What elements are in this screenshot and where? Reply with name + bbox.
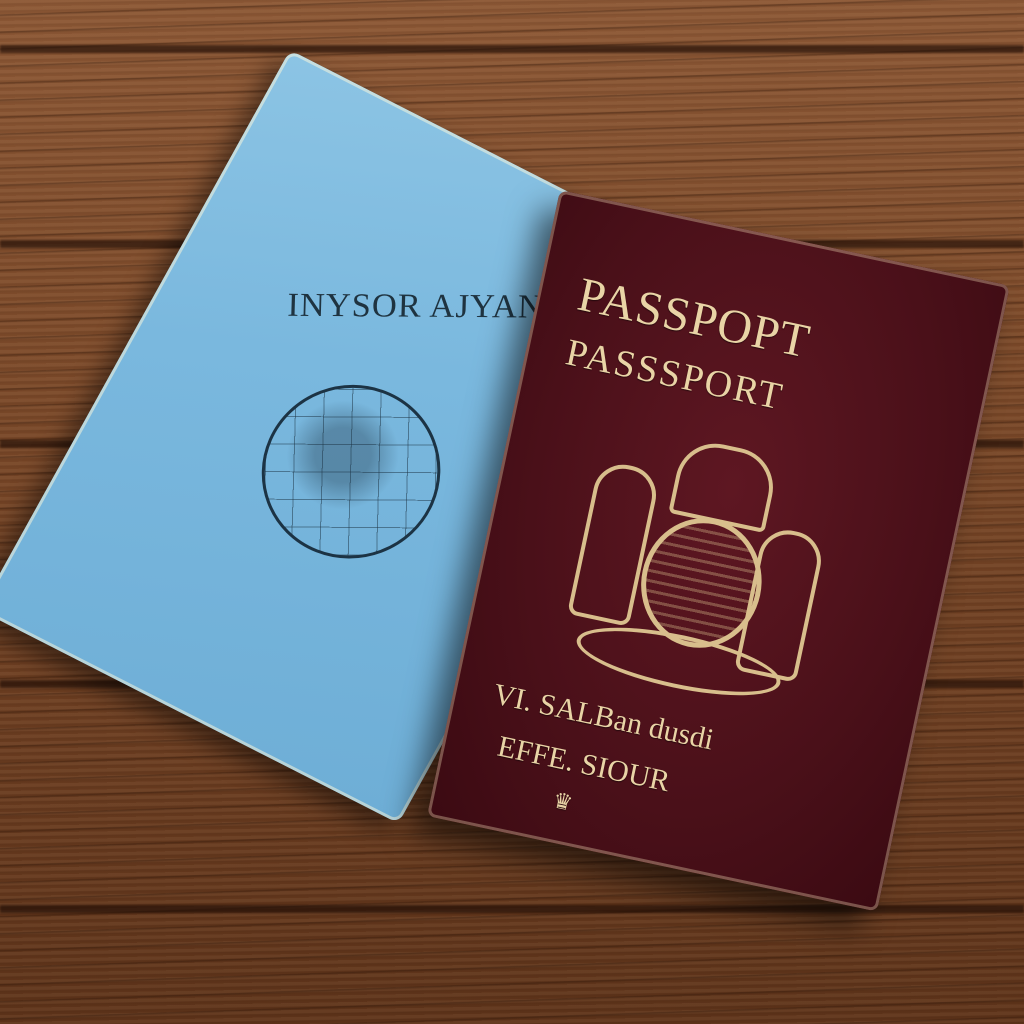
coat-of-arms-icon	[556, 420, 833, 712]
small-crown-icon: ♛	[550, 787, 575, 817]
globe-emblem-icon	[259, 384, 442, 559]
crown-icon	[668, 436, 780, 533]
plank-seam	[0, 45, 1024, 53]
